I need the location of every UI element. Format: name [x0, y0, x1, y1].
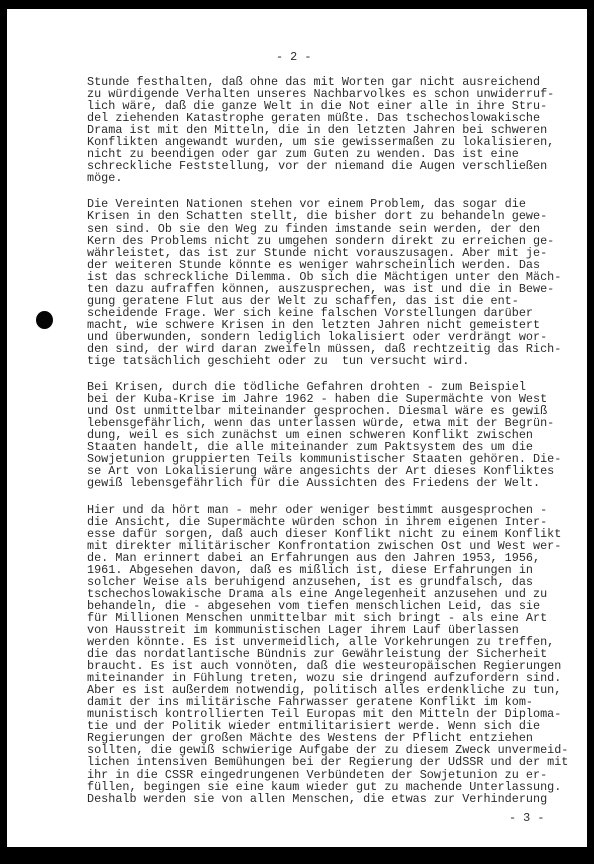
text-line: tige tatsächlich geschieht oder zu tun v… [87, 355, 587, 367]
text-line: de. Man erinnert dabei an Erfahrungen au… [87, 552, 587, 564]
text-line: die Ansicht, die Supermächte würden scho… [87, 516, 587, 528]
page-number-bottom: - 3 - [509, 812, 544, 824]
text-line: ten dazu aufraffen können, auszusprechen… [87, 283, 587, 295]
paragraph-3: Bei Krisen, durch die tödliche Gefahren … [87, 381, 587, 489]
hole-punch-mark [36, 311, 53, 329]
text-line: gewiß lebensgefährlich für die Aussichte… [87, 477, 587, 489]
document-body: Stunde festhalten, daß ohne das mit Wort… [87, 76, 587, 819]
text-line: sen sind. Ob sie den Weg zu finden imsta… [87, 223, 587, 235]
page-number-top: - 2 - [276, 51, 311, 63]
text-line: ihr in die CSSR eingedrungenen Verbündet… [87, 769, 587, 781]
text-line: Hier und da hört man - mehr oder weniger… [87, 504, 587, 516]
paragraph-2: Die Vereinten Nationen stehen vor einem … [87, 198, 587, 367]
text-line: lichen intensiven Bemühungen bei der Reg… [87, 756, 587, 768]
text-line: füllen, begingen sie eine kaum wieder gu… [87, 781, 587, 793]
paragraph-1: Stunde festhalten, daß ohne das mit Wort… [87, 76, 587, 184]
document-page: - 2 - Stunde festhalten, daß ohne das mi… [7, 9, 587, 847]
text-line: der weiteren Stunde könnte es weniger wa… [87, 259, 587, 271]
text-line: schreckliche Feststellung, vor der niema… [87, 160, 587, 172]
text-line: mit direkter militärischer Konfrontation… [87, 540, 587, 552]
text-line: möge. [87, 172, 587, 184]
text-line: währleistet, das ist zur Stunde nicht vo… [87, 247, 587, 259]
text-line: Krisen in den Schatten stellt, die bishe… [87, 210, 587, 222]
text-line: ist das schreckliche Dilemma. Ob sich di… [87, 271, 587, 283]
text-line: Deshalb werden sie von allen Menschen, d… [87, 793, 587, 805]
text-line: Kern des Problems nicht zu umgehen sonde… [87, 235, 587, 247]
paragraph-4: Hier und da hört man - mehr oder weniger… [87, 504, 587, 805]
text-line: 1961. Abgesehen davon, daß es mißlich is… [87, 564, 587, 576]
text-line: esse dafür sorgen, daß auch dieser Konfl… [87, 528, 587, 540]
